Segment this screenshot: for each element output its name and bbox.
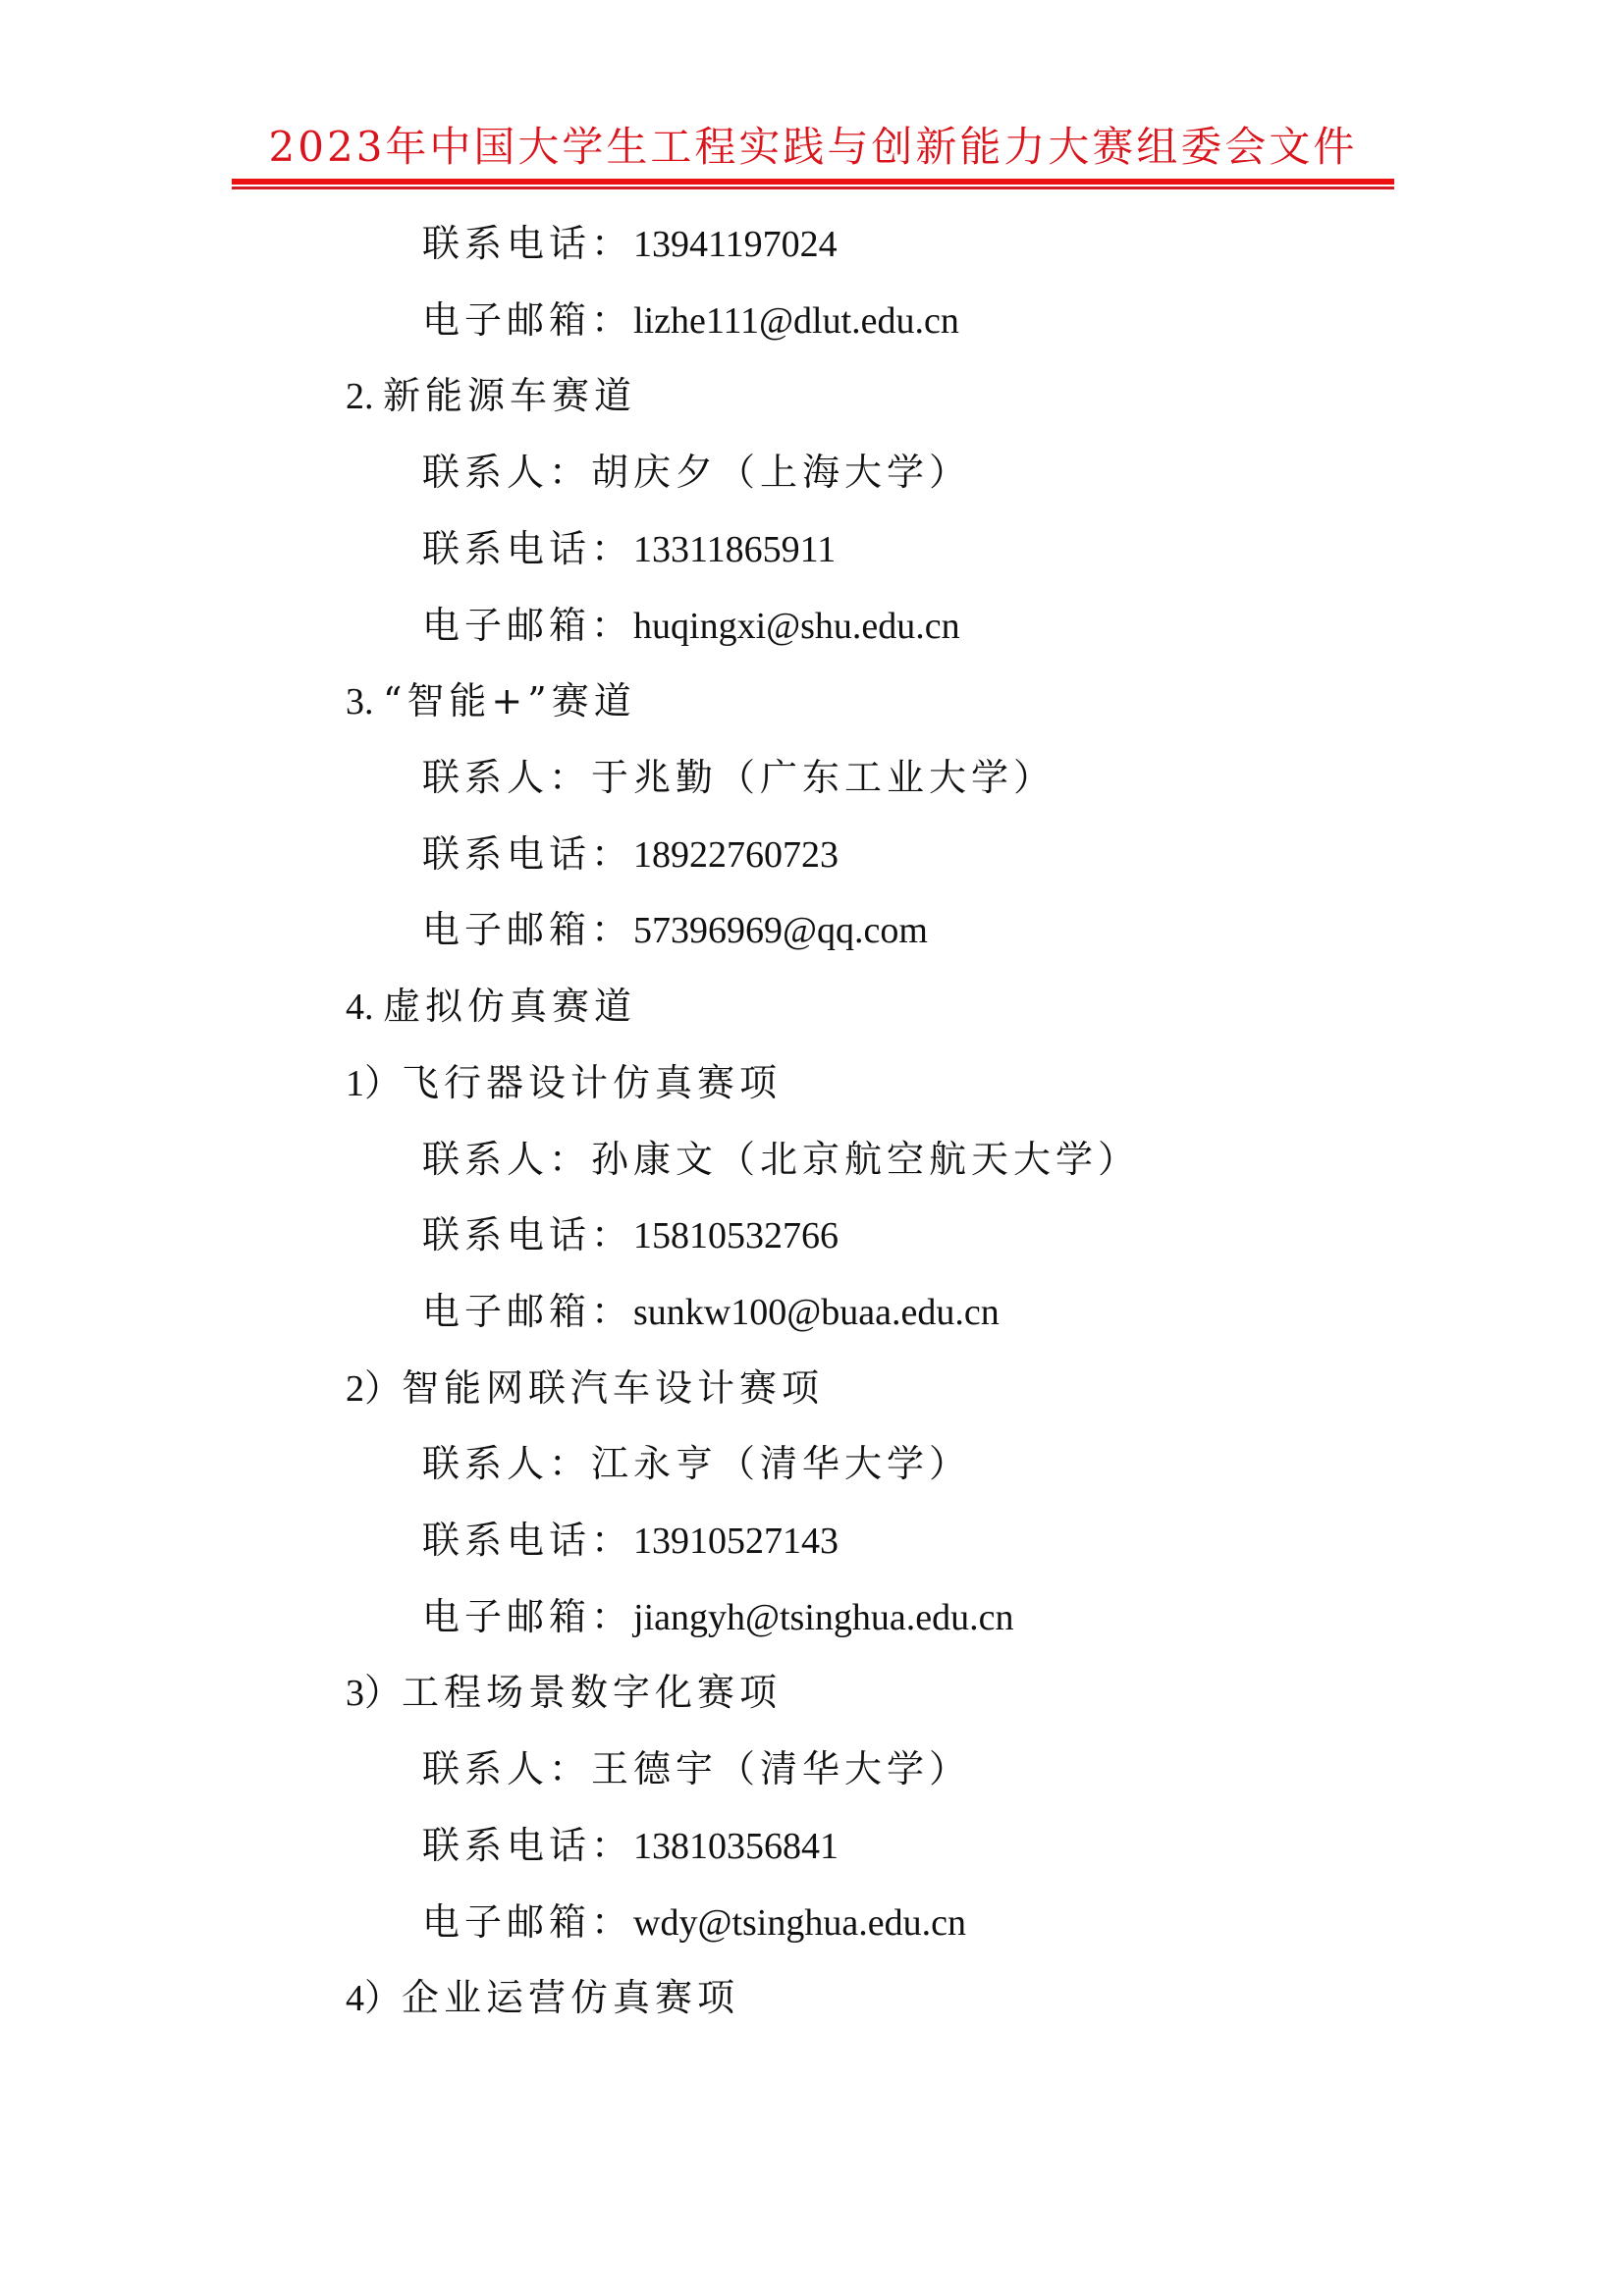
field-label: 联系人： xyxy=(422,1442,591,1485)
field-label: 电子邮箱： xyxy=(422,908,633,951)
email-value: huqingxi@shu.edu.cn xyxy=(633,606,960,647)
phone-value: 15810532766 xyxy=(633,1215,839,1256)
contact-phone-line: 联系电话：13311865911 xyxy=(422,523,836,574)
contact-email-line: 电子邮箱：jiangyh@tsinghua.edu.cn xyxy=(422,1591,1014,1642)
field-label: 电子邮箱： xyxy=(422,1290,633,1333)
subsection-title: 飞行器设计仿真赛项 xyxy=(402,1061,782,1104)
field-label: 联系人： xyxy=(422,1747,591,1790)
contact-phone-line: 联系电话：15810532766 xyxy=(422,1209,839,1260)
subsection-heading: 4）企业运营仿真赛项 xyxy=(346,1972,739,2023)
contact-phone-line: 联系电话：13941197024 xyxy=(422,218,838,269)
phone-value: 13311865911 xyxy=(633,529,836,570)
phone-value: 13941197024 xyxy=(633,224,838,265)
subsection-heading: 3）工程场景数字化赛项 xyxy=(346,1667,782,1718)
document-header-title: 2023年中国大学生工程实践与创新能力大赛组委会文件 xyxy=(232,122,1394,173)
contact-phone-line: 联系电话：18922760723 xyxy=(422,828,839,880)
field-label: 联系电话： xyxy=(422,222,633,265)
subsection-number: 1） xyxy=(346,1063,402,1104)
email-value: 57396969@qq.com xyxy=(633,910,928,951)
contact-email-line: 电子邮箱：57396969@qq.com xyxy=(422,904,928,955)
field-label: 联系人： xyxy=(422,1138,591,1181)
email-value: wdy@tsinghua.edu.cn xyxy=(633,1902,966,1944)
phone-value: 18922760723 xyxy=(633,834,839,876)
contact-email-line: 电子邮箱：sunkw100@buaa.edu.cn xyxy=(422,1286,1000,1337)
person-value: 胡庆夕（上海大学） xyxy=(591,451,971,494)
person-value: 孙康文（北京航空航天大学） xyxy=(591,1138,1140,1181)
contact-email-line: 电子邮箱：huqingxi@shu.edu.cn xyxy=(422,600,960,651)
contact-person-line: 联系人：孙康文（北京航空航天大学） xyxy=(422,1134,1140,1185)
person-value: 江永亨（清华大学） xyxy=(591,1442,971,1485)
subsection-title: 企业运营仿真赛项 xyxy=(402,1976,739,2019)
field-label: 联系人： xyxy=(422,451,591,494)
phone-value: 13910527143 xyxy=(633,1521,839,1562)
email-value: lizhe111@dlut.edu.cn xyxy=(633,300,959,342)
subsection-title: 智能网联汽车设计赛项 xyxy=(402,1366,824,1410)
contact-email-line: 电子邮箱：wdy@tsinghua.edu.cn xyxy=(422,1896,966,1948)
section-number: 4. xyxy=(346,987,383,1028)
contact-person-line: 联系人：江永亨（清华大学） xyxy=(422,1438,971,1489)
subsection-number: 4） xyxy=(346,1978,402,2019)
contact-email-line: 电子邮箱：lizhe111@dlut.edu.cn xyxy=(422,294,959,346)
person-value: 王德宇（清华大学） xyxy=(591,1747,971,1790)
field-label: 联系电话： xyxy=(422,527,633,570)
field-label: 联系电话： xyxy=(422,1519,633,1562)
contact-person-line: 联系人：于兆勤（广东工业大学） xyxy=(422,752,1056,803)
section-heading: 4. 虚拟仿真赛道 xyxy=(346,981,636,1032)
contact-person-line: 联系人：胡庆夕（上海大学） xyxy=(422,447,971,498)
section-heading: 3. “智能+”赛道 xyxy=(346,675,636,726)
subsection-title: 工程场景数字化赛项 xyxy=(402,1671,782,1714)
field-label: 电子邮箱： xyxy=(422,604,633,647)
section-title: 新能源车赛道 xyxy=(383,374,636,417)
section-number: 2. xyxy=(346,376,383,417)
field-label: 联系电话： xyxy=(422,1824,633,1867)
section-number: 3. xyxy=(346,681,383,722)
email-value: sunkw100@buaa.edu.cn xyxy=(633,1292,1000,1333)
section-title: “智能+”赛道 xyxy=(383,679,636,722)
subsection-number: 3） xyxy=(346,1673,402,1714)
subsection-heading: 2）智能网联汽车设计赛项 xyxy=(346,1362,824,1414)
phone-value: 13810356841 xyxy=(633,1826,839,1867)
header-rule-thin xyxy=(232,187,1394,189)
field-label: 联系人： xyxy=(422,756,591,799)
field-label: 电子邮箱： xyxy=(422,1900,633,1944)
field-label: 联系电话： xyxy=(422,832,633,876)
person-value: 于兆勤（广东工业大学） xyxy=(591,756,1056,799)
header-rule-thick xyxy=(232,179,1394,185)
field-label: 联系电话： xyxy=(422,1213,633,1256)
field-label: 电子邮箱： xyxy=(422,1595,633,1638)
email-value: jiangyh@tsinghua.edu.cn xyxy=(633,1597,1013,1638)
contact-person-line: 联系人：王德宇（清华大学） xyxy=(422,1743,971,1794)
field-label: 电子邮箱： xyxy=(422,298,633,342)
document-page: 2023年中国大学生工程实践与创新能力大赛组委会文件 联系电话：13941197… xyxy=(0,0,1624,2296)
section-heading: 2. 新能源车赛道 xyxy=(346,370,636,421)
contact-phone-line: 联系电话：13810356841 xyxy=(422,1820,839,1871)
section-title: 虚拟仿真赛道 xyxy=(383,985,636,1028)
subsection-heading: 1）飞行器设计仿真赛项 xyxy=(346,1057,782,1108)
subsection-number: 2） xyxy=(346,1368,402,1410)
contact-phone-line: 联系电话：13910527143 xyxy=(422,1515,839,1566)
